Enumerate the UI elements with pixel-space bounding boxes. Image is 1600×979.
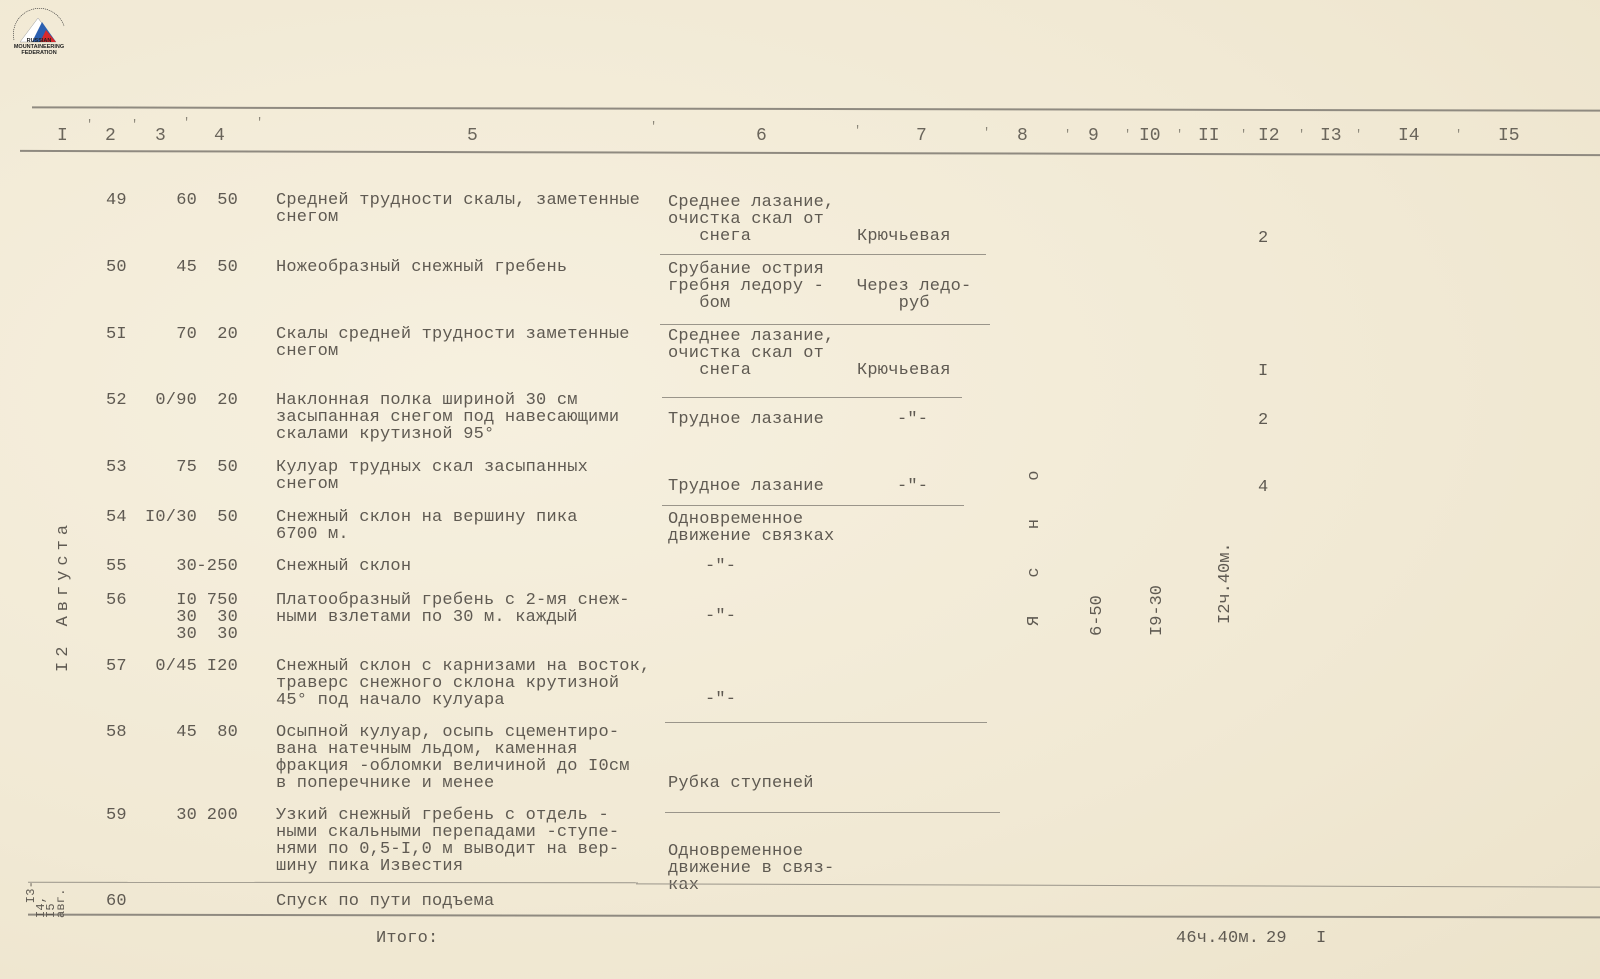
row-number: 60 [106,893,127,910]
row-col12: I [1258,363,1268,380]
row-divider [660,254,986,255]
row-steepness: I0/30 [145,509,197,526]
row-divider [662,505,964,506]
col-header-5: 5 [467,126,478,146]
row-technique: Трудное лазание [668,478,824,495]
row-belay: Крючьевая [857,362,951,379]
table-bottom-rule [28,914,1600,919]
row-belay: Крючьевая [857,228,951,245]
row-technique: Рубка ступеней [668,775,814,792]
row-length: 50 [217,259,238,276]
duration-cell: I2ч.40м. [1216,542,1235,624]
row-belay: Через ледо- руб [857,278,971,312]
row-steepness: 45 [176,259,197,276]
row-length: 50 [217,459,238,476]
row-length: 50 [217,509,238,526]
row-steepness: I0 30 30 [176,592,197,643]
row-number: 5I [106,326,127,343]
row-description: Снежный склон на вершину пика 6700 м. [276,509,578,543]
row-description: Снежный склон с карнизами на восток, тра… [276,658,650,709]
row-number: 57 [106,658,127,675]
logo-caption: RUSSIAN MOUNTAINEERING FEDERATION [8,38,70,56]
header-top-rule [32,106,1600,111]
row-steepness: 60 [176,192,197,209]
row-technique: Одновременное движение связках [668,511,834,545]
start-time-cell: 6-50 [1088,595,1107,636]
col-header-4: 4 [214,126,225,146]
totals-col12: 29 [1266,930,1287,947]
row-divider [665,722,987,723]
row-technique: Трудное лазание [668,411,824,428]
row-length: 200 [207,807,238,824]
col-header-12: I2 [1258,126,1280,146]
row-length: 20 [217,392,238,409]
col-header-6: 6 [756,126,767,146]
row-length: 750 30 30 [207,592,238,643]
col-header-3: 3 [155,126,166,146]
row-technique: Одновременное движение в связ- ках [668,843,834,894]
col-header-2: 2 [105,126,116,146]
row-description: Скалы средней трудности заметенные снего… [276,326,630,360]
col-header-13: I3 [1320,126,1342,146]
col-header-14: I4 [1398,126,1420,146]
row-description: Осыпной кулуар, осыпь сцементиро- вана н… [276,724,630,792]
row-description: Снежный склон [276,558,411,575]
row-number: 53 [106,459,127,476]
date-label-aug13-15: I3- I4, I5 авг. [16,881,66,918]
row-col12: 4 [1258,479,1268,496]
row-length: 50 [217,192,238,209]
row-technique: Среднее лазание, очистка скал от снега [668,194,834,245]
row-steepness: 30 [176,807,197,824]
row-technique: -"- [705,691,736,708]
row-description: Спуск по пути подъема [276,893,494,910]
row-belay: -"- [897,478,928,495]
row-divider [660,324,990,325]
row-length: 20 [217,326,238,343]
col-header-1: I [57,126,68,146]
row-steepness: 75 [176,459,197,476]
totals-col13: I [1316,930,1326,947]
row-technique: -"- [705,608,736,625]
row-divider [662,397,962,398]
row-belay: -"- [897,411,928,428]
header-bottom-rule [20,150,1600,156]
totals-time: 46ч.40м. [1176,930,1259,947]
row-steepness: 30 [176,558,197,575]
row-length: 80 [217,724,238,741]
row-steepness: 45 [176,724,197,741]
row-technique: -"- [705,558,736,575]
row-description: Средней трудности скалы, заметенные снег… [276,192,640,226]
end-time-cell: I9-30 [1148,585,1167,636]
col-header-15: I5 [1498,126,1520,146]
row-description: Ножеобразный снежный гребень [276,259,567,276]
col-header-9: 9 [1088,126,1099,146]
row-steepness: 0/90 [155,392,197,409]
col-header-7: 7 [916,126,927,146]
row-number: 55 [106,558,127,575]
row-number: 49 [106,192,127,209]
row-divider [28,882,638,884]
row-col12: 2 [1258,412,1268,429]
row-number: 59 [106,807,127,824]
row-divider [665,812,1000,813]
row-description: Узкий снежный гребень с отдель - ными ск… [276,807,619,875]
row-number: 58 [106,724,127,741]
row-description: Платообразный гребень с 2-мя снеж- ными … [276,592,630,626]
row-technique: Среднее лазание, очистка скал от снега [668,328,834,379]
row-number: 50 [106,259,127,276]
row-steepness: 70 [176,326,197,343]
date-label-aug12: I2 Августа [54,520,73,672]
weather-cell: Я с н о [1025,457,1044,626]
row-length: -250 [196,558,238,575]
row-number: 56 [106,592,127,609]
row-technique: Срубание острия гребня ледору - бом [668,261,824,312]
row-number: 54 [106,509,127,526]
row-description: Кулуар трудных скал засыпанных снегом [276,459,588,493]
totals-label: Итого: [376,930,438,947]
row-number: 52 [106,392,127,409]
col-header-10: I0 [1139,126,1161,146]
col-header-11: II [1198,126,1220,146]
col-header-8: 8 [1017,126,1028,146]
row-description: Наклонная полка шириной 30 см засыпанная… [276,392,619,443]
row-col12: 2 [1258,230,1268,247]
row-steepness: 0/45 [155,658,197,675]
row-length: I20 [207,658,238,675]
